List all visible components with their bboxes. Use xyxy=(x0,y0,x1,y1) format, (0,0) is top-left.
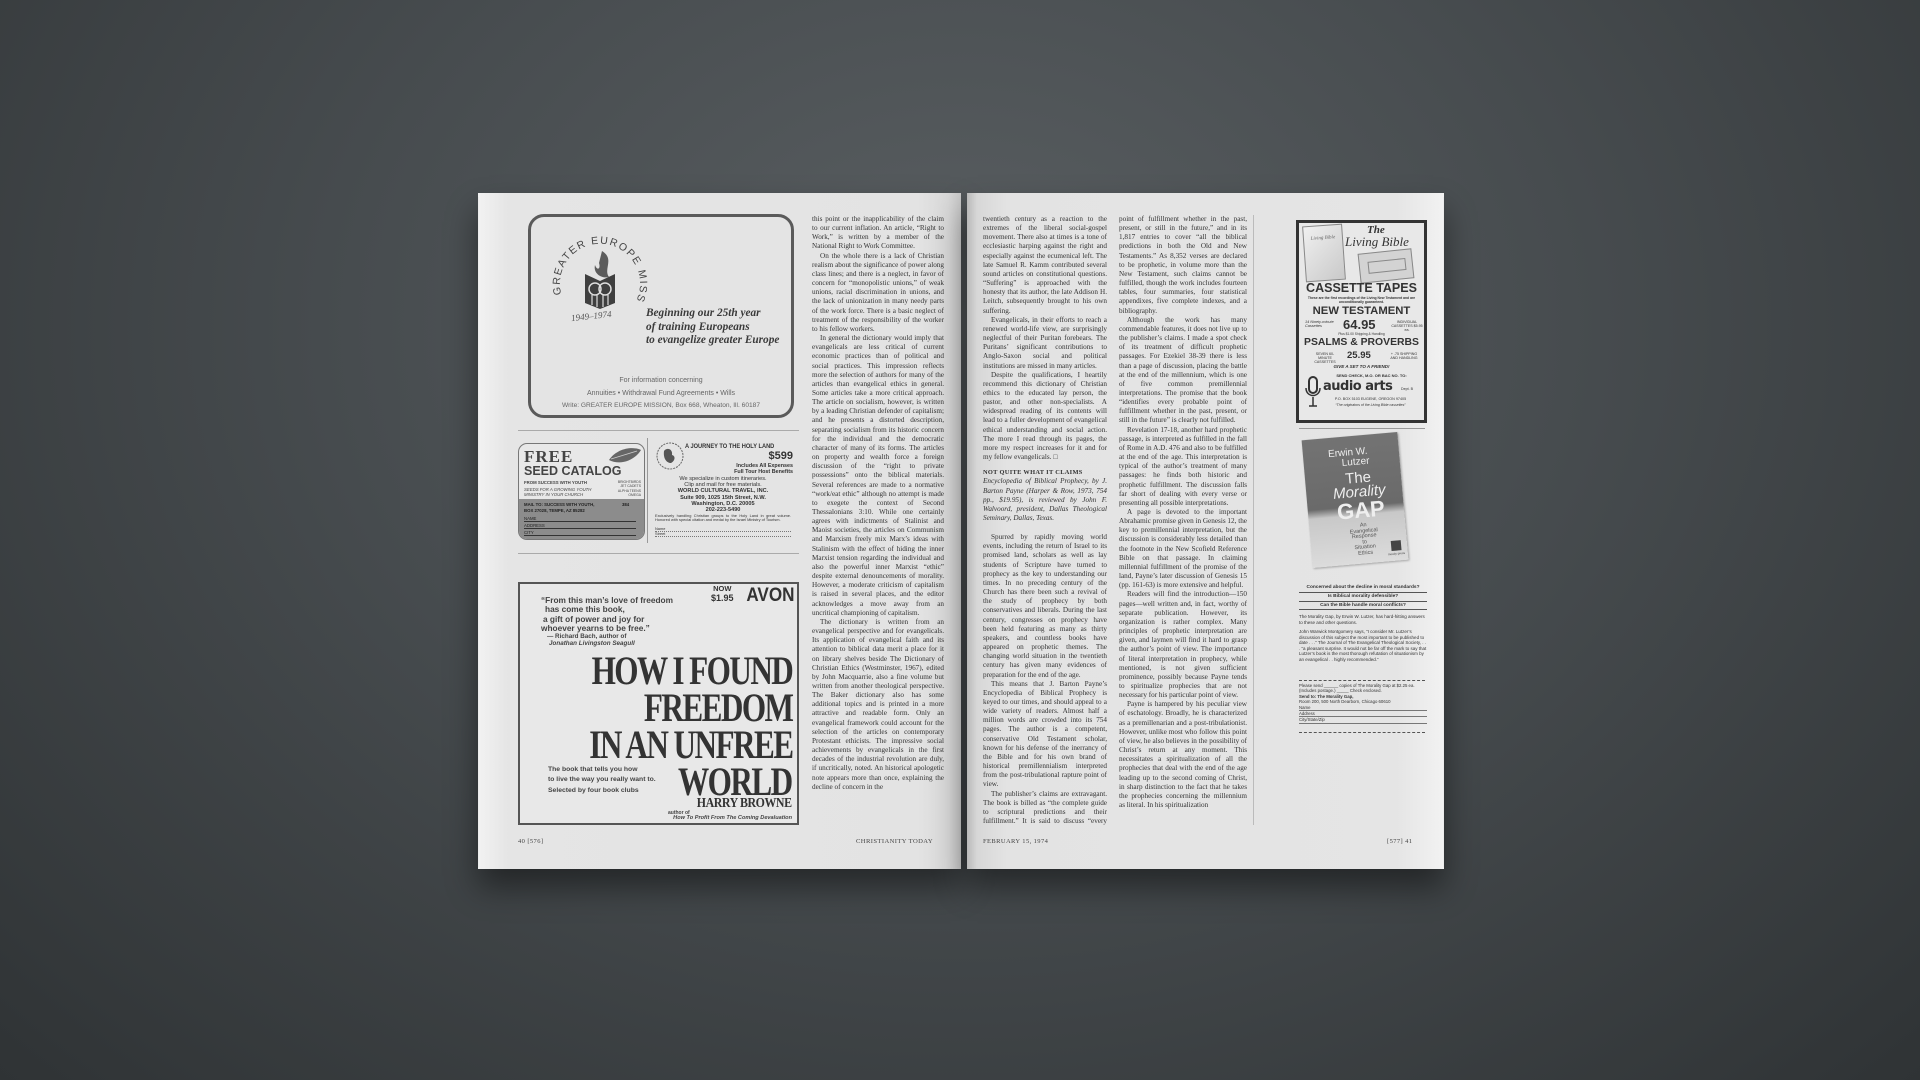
book-title-line: FREEDOM xyxy=(643,691,792,725)
ad-morality-gap: Erwin W. Lutzer The Morality GAP An Evan… xyxy=(1297,418,1429,868)
holy-land-title: A JOURNEY TO THE HOLY LAND xyxy=(685,443,774,450)
city-state-zip-field[interactable]: City/State/Zip xyxy=(1299,717,1427,723)
book-quote: “From this man’s love of freedom has com… xyxy=(541,596,673,647)
divider xyxy=(518,553,799,554)
tour-price: $599 xyxy=(769,450,793,462)
divider xyxy=(1253,215,1254,825)
greater-europe-mission-logo-icon: GREATER EUROPE MISSION xyxy=(545,229,655,339)
pp-price: 25.95 xyxy=(1347,350,1371,361)
coupon-cut-line xyxy=(1299,732,1425,733)
moody-press-logo-icon xyxy=(1391,540,1402,551)
psalms-proverbs-title: PSALMS & PROVERBS xyxy=(1299,337,1424,348)
book-title-line: IN AN UNFREE xyxy=(589,728,792,762)
seed-catalog-title: SEED CATALOG xyxy=(524,464,621,478)
program-list: BRIGHTBIRDS JET CADETS ALPHA TEENS OMEGA xyxy=(613,480,641,497)
travel-seal-icon xyxy=(655,441,685,471)
book-title-line: HOW I FOUND xyxy=(591,654,792,688)
nt-price: 64.95 xyxy=(1343,317,1376,332)
page-edge xyxy=(478,197,480,867)
magazine-spread: GREATER EUROPE MISSION 1949–1974 Beginni… xyxy=(478,193,1444,869)
article-column-1: this point or the inapplicability of the… xyxy=(812,215,944,825)
page-number-right: [577] 41 xyxy=(1387,838,1412,845)
ad-how-i-found-freedom: NOW $1.95 AVON “From this man’s love of … xyxy=(518,582,799,825)
divider xyxy=(518,430,799,431)
info-items: Annuities • Withdrawal Fund Agreements •… xyxy=(531,390,791,397)
morality-questions: Concerned about the decline in moral sta… xyxy=(1299,584,1427,610)
address-field[interactable]: ADDRESS xyxy=(524,523,636,529)
coupon-cut-line xyxy=(1299,680,1425,681)
mail-coupon: MAIL TO: SUCCESS WITH YOUTH, BOX 27028, … xyxy=(519,499,644,539)
book-blurb: The book that tells you how to live the … xyxy=(548,765,656,796)
issue-date: FEBRUARY 15, 1974 xyxy=(983,838,1048,845)
publication-name: CHRISTIANITY TODAY xyxy=(856,838,933,845)
divider xyxy=(1299,428,1425,429)
ad-seed-catalog: FREE SEED CATALOG FROM SUCCESS WITH YOUT… xyxy=(518,443,645,540)
book-title-line: WORLD xyxy=(678,765,792,799)
name-field[interactable]: NAME xyxy=(524,516,636,522)
book-author: HARRY BROWNE xyxy=(697,796,792,812)
review-byline: Encyclopedia of Biblical Prophecy, by J.… xyxy=(983,477,1107,523)
avon-logo: AVON xyxy=(746,585,794,607)
mission-address: Write: GREATER EUROPE MISSION, Box 668, … xyxy=(531,402,791,409)
cassette-icon xyxy=(1358,248,1415,283)
book-cover: Erwin W. Lutzer The Morality GAP An Evan… xyxy=(1302,432,1409,568)
page-edge xyxy=(1442,197,1444,867)
audio-arts-logo: audio arts xyxy=(1323,379,1392,394)
holy-land-coupon: Name Street xyxy=(655,527,791,537)
order-coupon: Please send ______ copies of The Moralit… xyxy=(1299,683,1427,724)
ad-living-bible-cassettes: Living Bible The Living Bible CASSETTE T… xyxy=(1296,220,1427,423)
info-heading: For information concerning xyxy=(531,377,791,384)
city-field[interactable]: CITY xyxy=(524,530,636,536)
article-column-3: point of fulfillment whether in the past… xyxy=(1119,215,1247,825)
avon-price: NOW $1.95 xyxy=(711,585,734,602)
left-page: GREATER EUROPE MISSION 1949–1974 Beginni… xyxy=(478,193,961,869)
ad-holy-land-journey: A JOURNEY TO THE HOLY LAND $599 Includes… xyxy=(653,441,793,539)
review-quote: John Warwick Montgomery says, “I conside… xyxy=(1299,629,1427,663)
living-bible-book-icon: Living Bible xyxy=(1302,224,1346,283)
right-page: twentieth century as a reaction to the e… xyxy=(967,193,1444,869)
divider xyxy=(647,438,648,543)
new-testament-title: NEW TESTAMENT xyxy=(1299,305,1424,317)
review-headline: NOT QUITE WHAT IT CLAIMS xyxy=(983,468,1107,477)
living-bible-logo: Living Bible xyxy=(1345,234,1409,250)
mission-tagline: Beginning our 25th year of training Euro… xyxy=(646,307,779,348)
cassette-headline: CASSETTE TAPES xyxy=(1299,281,1424,295)
ad-greater-europe-mission: GREATER EUROPE MISSION 1949–1974 Beginni… xyxy=(528,214,794,418)
page-number-left: 40 [576] xyxy=(518,838,543,845)
book-subtitle: An Evangelical Response to Situation Eth… xyxy=(1343,522,1386,558)
article-column-2: twentieth century as a reaction to the e… xyxy=(983,215,1107,825)
